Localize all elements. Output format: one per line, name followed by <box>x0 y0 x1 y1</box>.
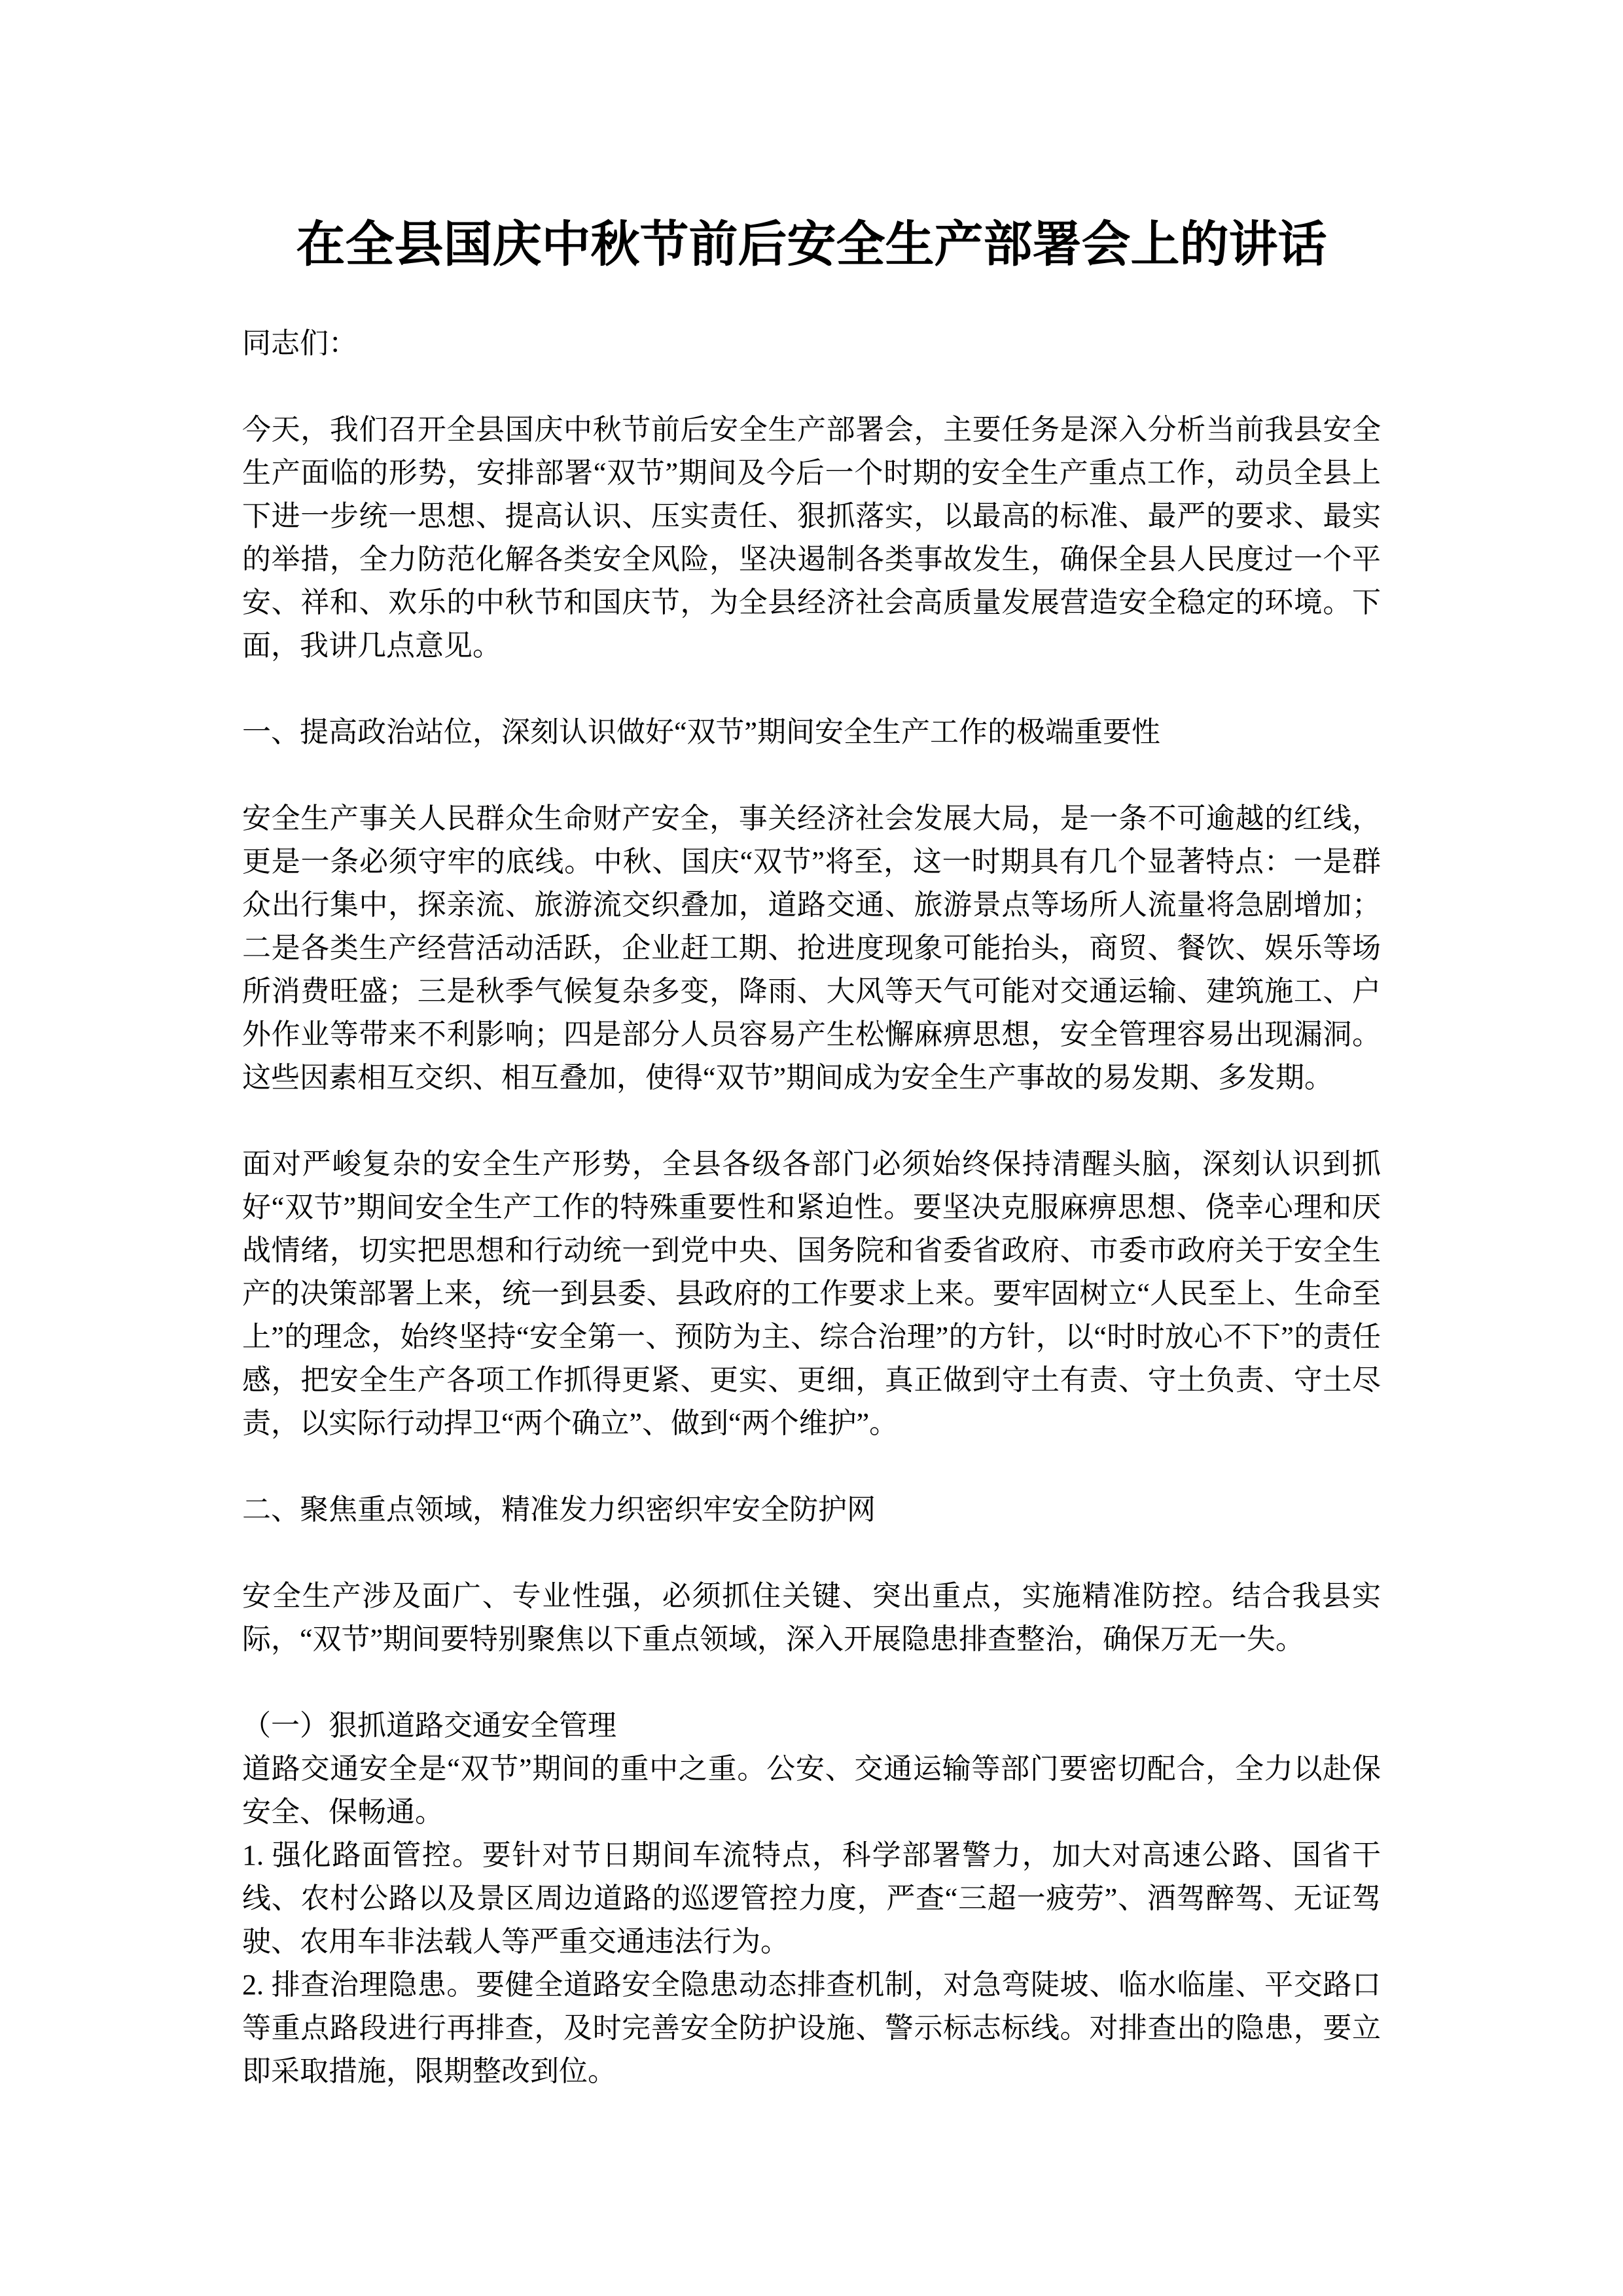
document-title: 在全县国庆中秋节前后安全生产部署会上的讲话 <box>242 216 1381 275</box>
subsection1-paragraph: 道路交通安全是“双节”期间的重中之重。公安、交通运输等部门要密切配合，全力以赴保… <box>242 1748 1381 1834</box>
subsection1-item-2: 2. 排查治理隐患。要健全道路安全隐患动态排查机制，对急弯陡坡、临水临崖、平交路… <box>242 1964 1381 2093</box>
document-page: 在全县国庆中秋节前后安全生产部署会上的讲话 同志们： 今天，我们召开全县国庆中秋… <box>0 0 1623 2296</box>
section1-heading: 一、提高政治站位，深刻认识做好“双节”期间安全生产工作的极端重要性 <box>242 711 1381 754</box>
section2-intro-paragraph: 安全生产涉及面广、专业性强，必须抓住关键、突出重点，实施精准防控。结合我县实际，… <box>242 1575 1381 1661</box>
subsection1-item-1: 1. 强化路面管控。要针对节日期间车流特点，科学部署警力，加大对高速公路、国省干… <box>242 1834 1381 1964</box>
intro-paragraph: 今天，我们召开全县国庆中秋节前后安全生产部署会，主要任务是深入分析当前我县安全生… <box>242 408 1381 668</box>
salutation: 同志们： <box>242 322 1381 365</box>
section1-paragraph-1: 安全生产事关人民群众生命财产安全，事关经济社会发展大局，是一条不可逾越的红线，更… <box>242 797 1381 1100</box>
subsection-road-traffic-safety: （一）狠抓道路交通安全管理 道路交通安全是“双节”期间的重中之重。公安、交通运输… <box>242 1704 1381 2093</box>
section1-paragraph-2: 面对严峻复杂的安全生产形势，全县各级各部门必须始终保持清醒头脑，深刻认识到抓好“… <box>242 1143 1381 1445</box>
subsection1-heading: （一）狠抓道路交通安全管理 <box>242 1704 1381 1748</box>
section2-heading: 二、聚焦重点领域，精准发力织密织牢安全防护网 <box>242 1488 1381 1532</box>
